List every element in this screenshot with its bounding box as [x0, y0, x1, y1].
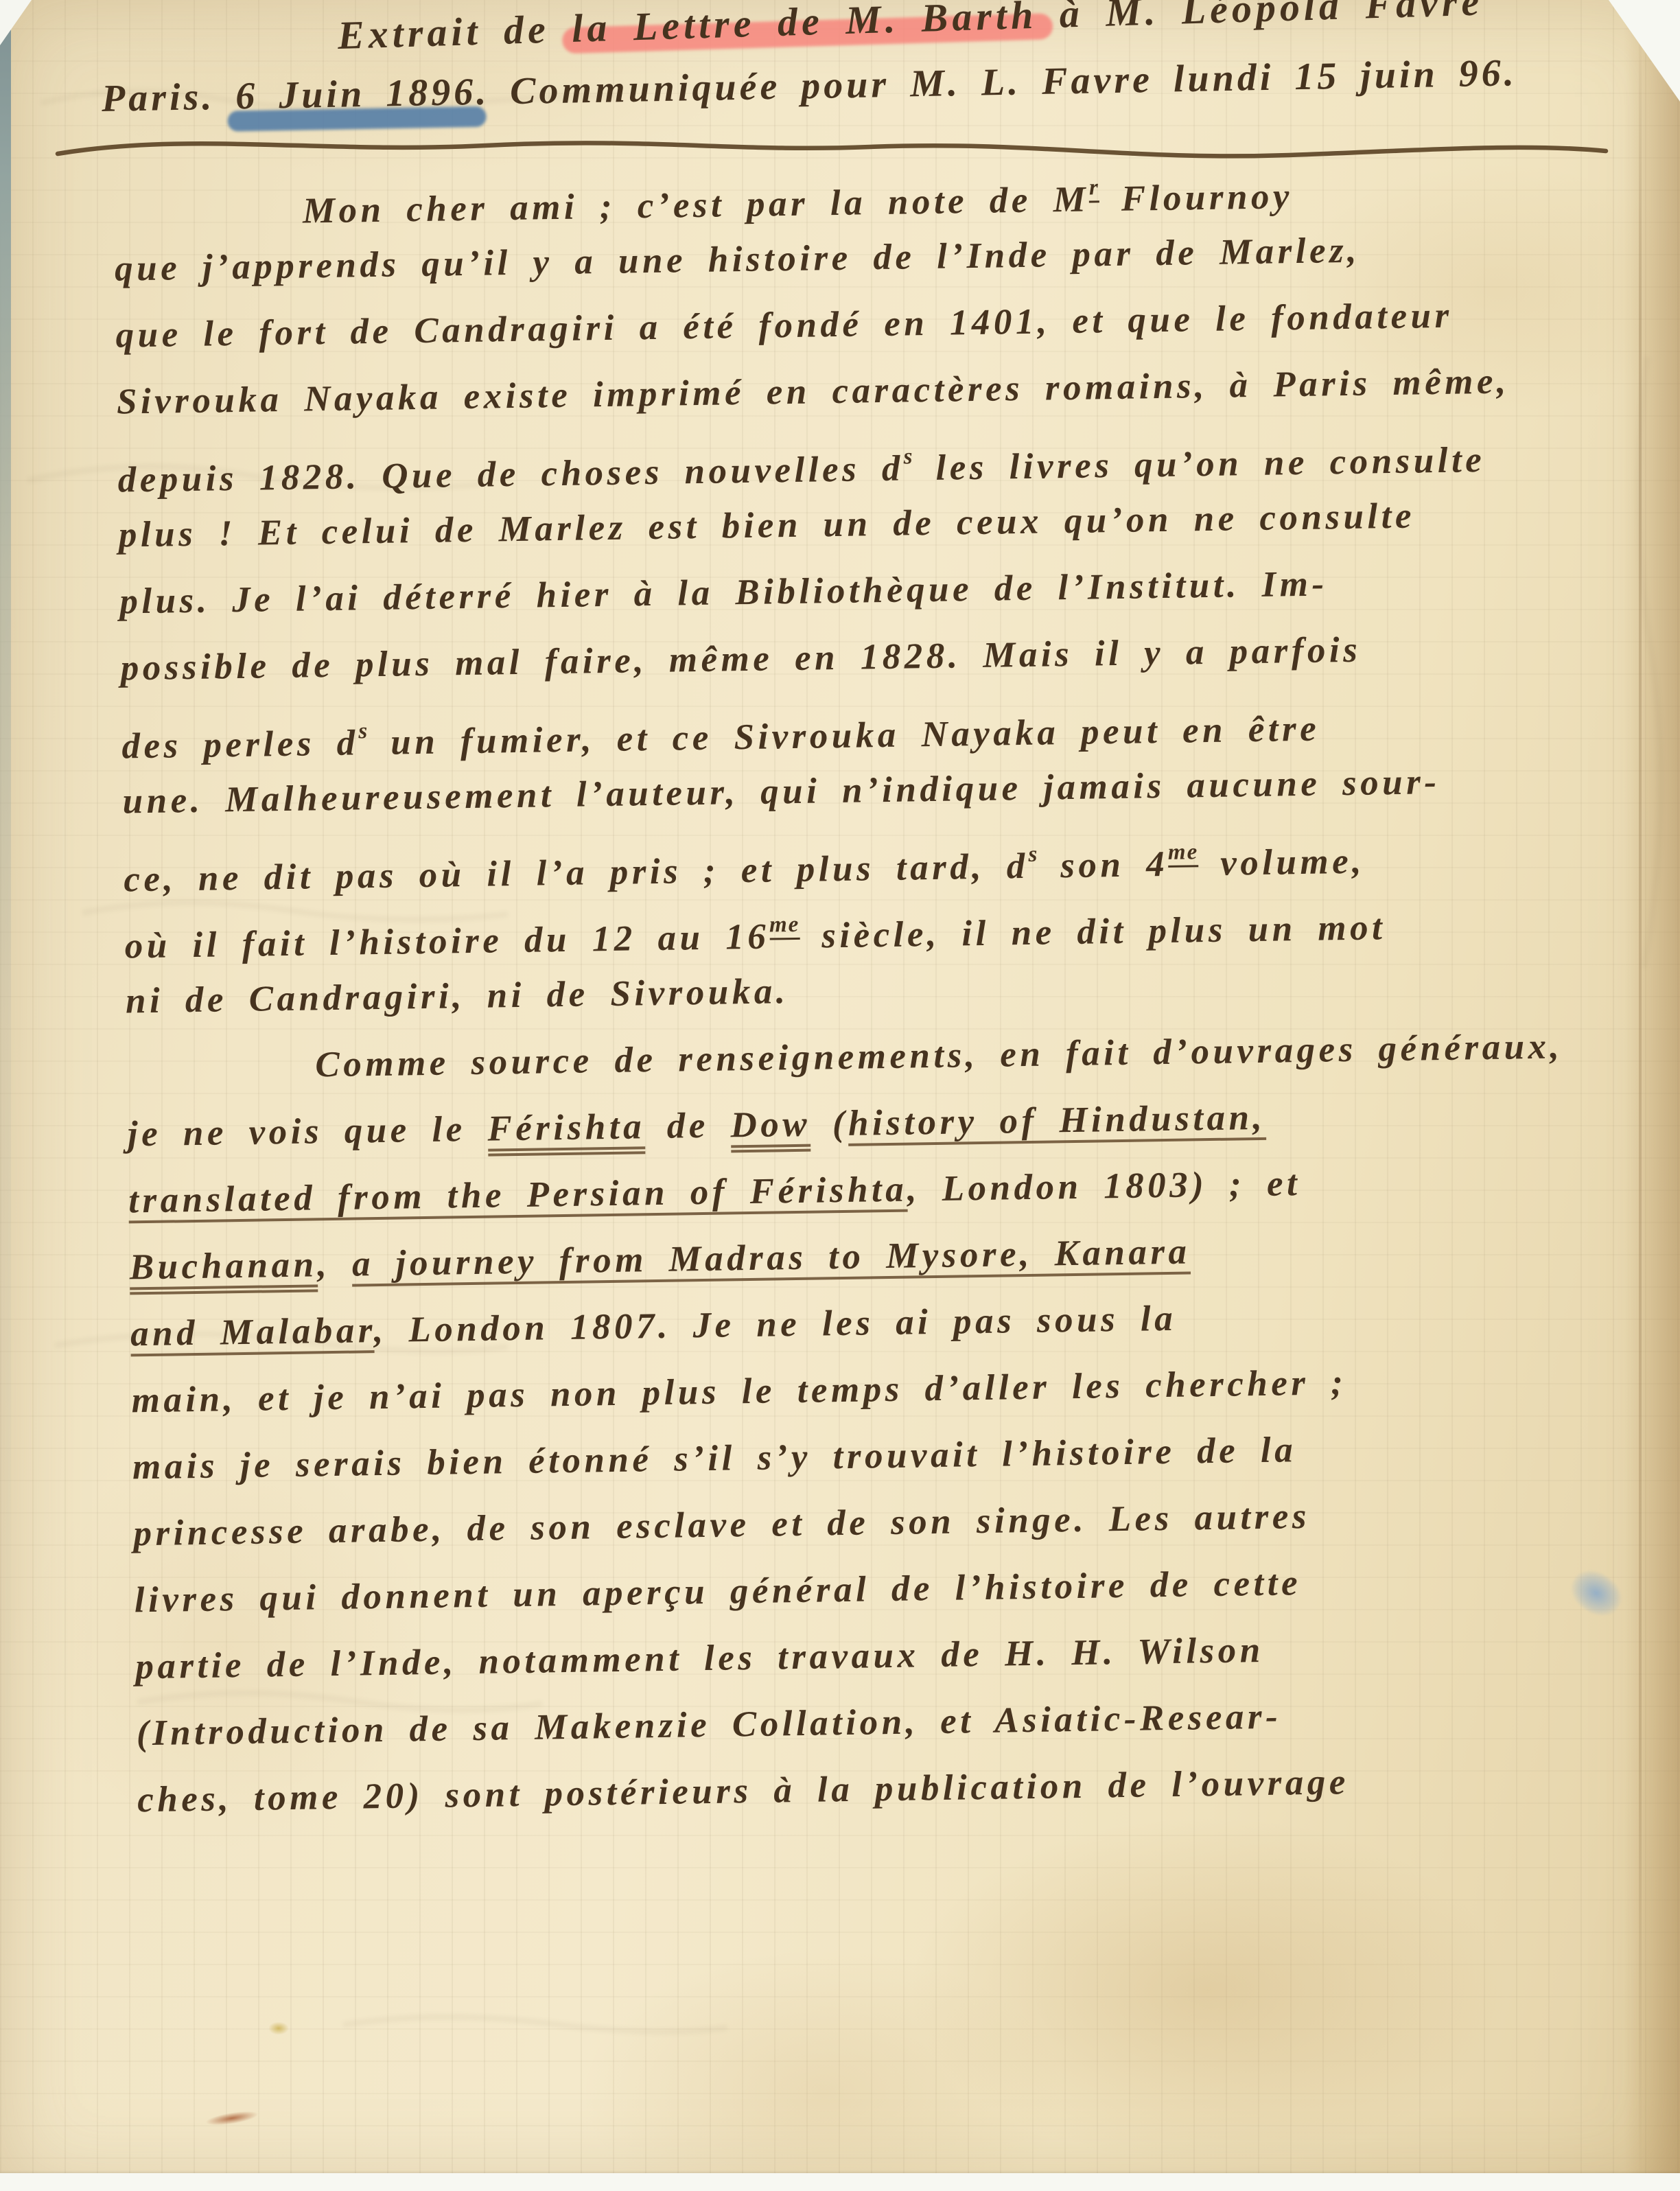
text-segment: des perles d — [121, 723, 359, 766]
underlined-book-title: Buchanan — [129, 1244, 318, 1295]
text-segment: main, et je n’ai pas non plus le temps d… — [131, 1363, 1347, 1420]
underlined-book-title: translated from the Persian of Férishta — [128, 1170, 908, 1224]
text-segment: je ne vois que le — [127, 1109, 487, 1155]
text-segment: mais je serais bien étonné s’il s’y trou… — [132, 1430, 1297, 1487]
text-segment: Sivrouka Nayaka existe imprimé en caract… — [117, 361, 1510, 421]
superscript-abbreviation: s — [903, 444, 913, 469]
paragraph: Mon cher ami ; c’est par la note de Mr F… — [113, 147, 1635, 1034]
text-segment: , London 1807. Je ne les ai pas sous la — [373, 1299, 1176, 1350]
text-segment: ( — [810, 1104, 849, 1144]
paper-fleck — [269, 2022, 288, 2034]
superscript-abbreviation: s — [1028, 842, 1038, 867]
text-segment: ches, tome 20) sont postérieurs à la pub… — [137, 1762, 1349, 1820]
text-segment: où il fait l’histoire du 12 au 16 — [124, 917, 769, 966]
text-segment: ni de Candragiri, ni de Sivrouka. — [126, 971, 789, 1021]
text-segment: , London 1803) ; et — [907, 1163, 1301, 1209]
text-segment: les livres qu’on ne consulte — [913, 440, 1485, 488]
superscript-abbreviation: r — [1089, 175, 1099, 202]
text-segment: livres qui donnent un aperçu général de … — [135, 1563, 1302, 1620]
ink-speck — [205, 2109, 259, 2128]
text-segment: Extrait de — [337, 6, 572, 58]
underlined-book-title: history of Hindustan, — [848, 1098, 1266, 1146]
text-segment: . Communiquée pour M. L. Favre lundi 15 … — [476, 51, 1518, 113]
text-segment: plus. Je l’ai déterré hier à la Biblioth… — [119, 564, 1328, 621]
text-segment: une. Malheureusement l’auteur, qui n’ind… — [122, 762, 1440, 821]
text-segment: de — [645, 1105, 731, 1146]
text-segment: Paris. — [101, 75, 235, 120]
letter-body: Mon cher ami ; c’est par la note de Mr F… — [113, 147, 1648, 1833]
text-segment: à M. Léopold Favre — [1036, 0, 1484, 37]
paragraph: Comme source de renseignements, en fait … — [126, 1012, 1648, 1834]
text-segment: que j’apprends qu’il y a une histoire de… — [115, 231, 1361, 289]
scanner-edge-bottom — [0, 2173, 1680, 2191]
superscript-abbreviation: me — [769, 912, 800, 940]
underlined-book-title: Dow — [730, 1104, 811, 1153]
scanner-corner-top-left — [0, 0, 32, 45]
text-segment: partie de l’Inde, notamment les travaux … — [135, 1630, 1264, 1686]
scanner-edge-left — [0, 0, 11, 2191]
text-segment: Comme source de renseignements, en fait … — [315, 1026, 1563, 1085]
text-segment: princesse arabe, de son esclave et de so… — [133, 1496, 1310, 1553]
text-segment: plus ! Et celui de Marlez est bien un de… — [118, 496, 1415, 555]
highlighted-title-text: la Lettre de M. Barth — [571, 0, 1038, 51]
text-segment: possible de plus mal faire, même en 1828… — [120, 630, 1361, 688]
scanner-corner-top-right — [1609, 0, 1680, 102]
underlined-book-title: and Malabar — [130, 1310, 375, 1356]
superscript-abbreviation: me — [1168, 839, 1199, 868]
text-segment: (Introduction de sa Makenzie Collation, … — [136, 1697, 1281, 1754]
text-segment: volume, — [1198, 842, 1365, 884]
text-segment: siècle, il ne dit plus un mot — [800, 907, 1386, 956]
text-segment: son 4 — [1038, 844, 1168, 886]
text-segment: que le fort de Candragiri a été fondé en… — [115, 296, 1453, 356]
text-segment: , — [317, 1244, 352, 1285]
scanned-letter-page: Extrait de la Lettre de M. Barth à M. Lé… — [0, 0, 1680, 2191]
underlined-date-text: 6 Juin 1896 — [235, 71, 477, 117]
letter-date-line: Paris. 6 Juin 1896. Communiquée pour M. … — [101, 38, 1517, 133]
paper-crease — [1639, 0, 1642, 2191]
superscript-abbreviation: s — [358, 719, 369, 743]
page-right-shading — [1624, 0, 1680, 2191]
underlined-book-title: Férishta — [487, 1106, 646, 1156]
text-segment: Flournoy — [1099, 176, 1294, 219]
underlined-book-title: a journey from Madras to Mysore, Kanara — [352, 1231, 1191, 1286]
